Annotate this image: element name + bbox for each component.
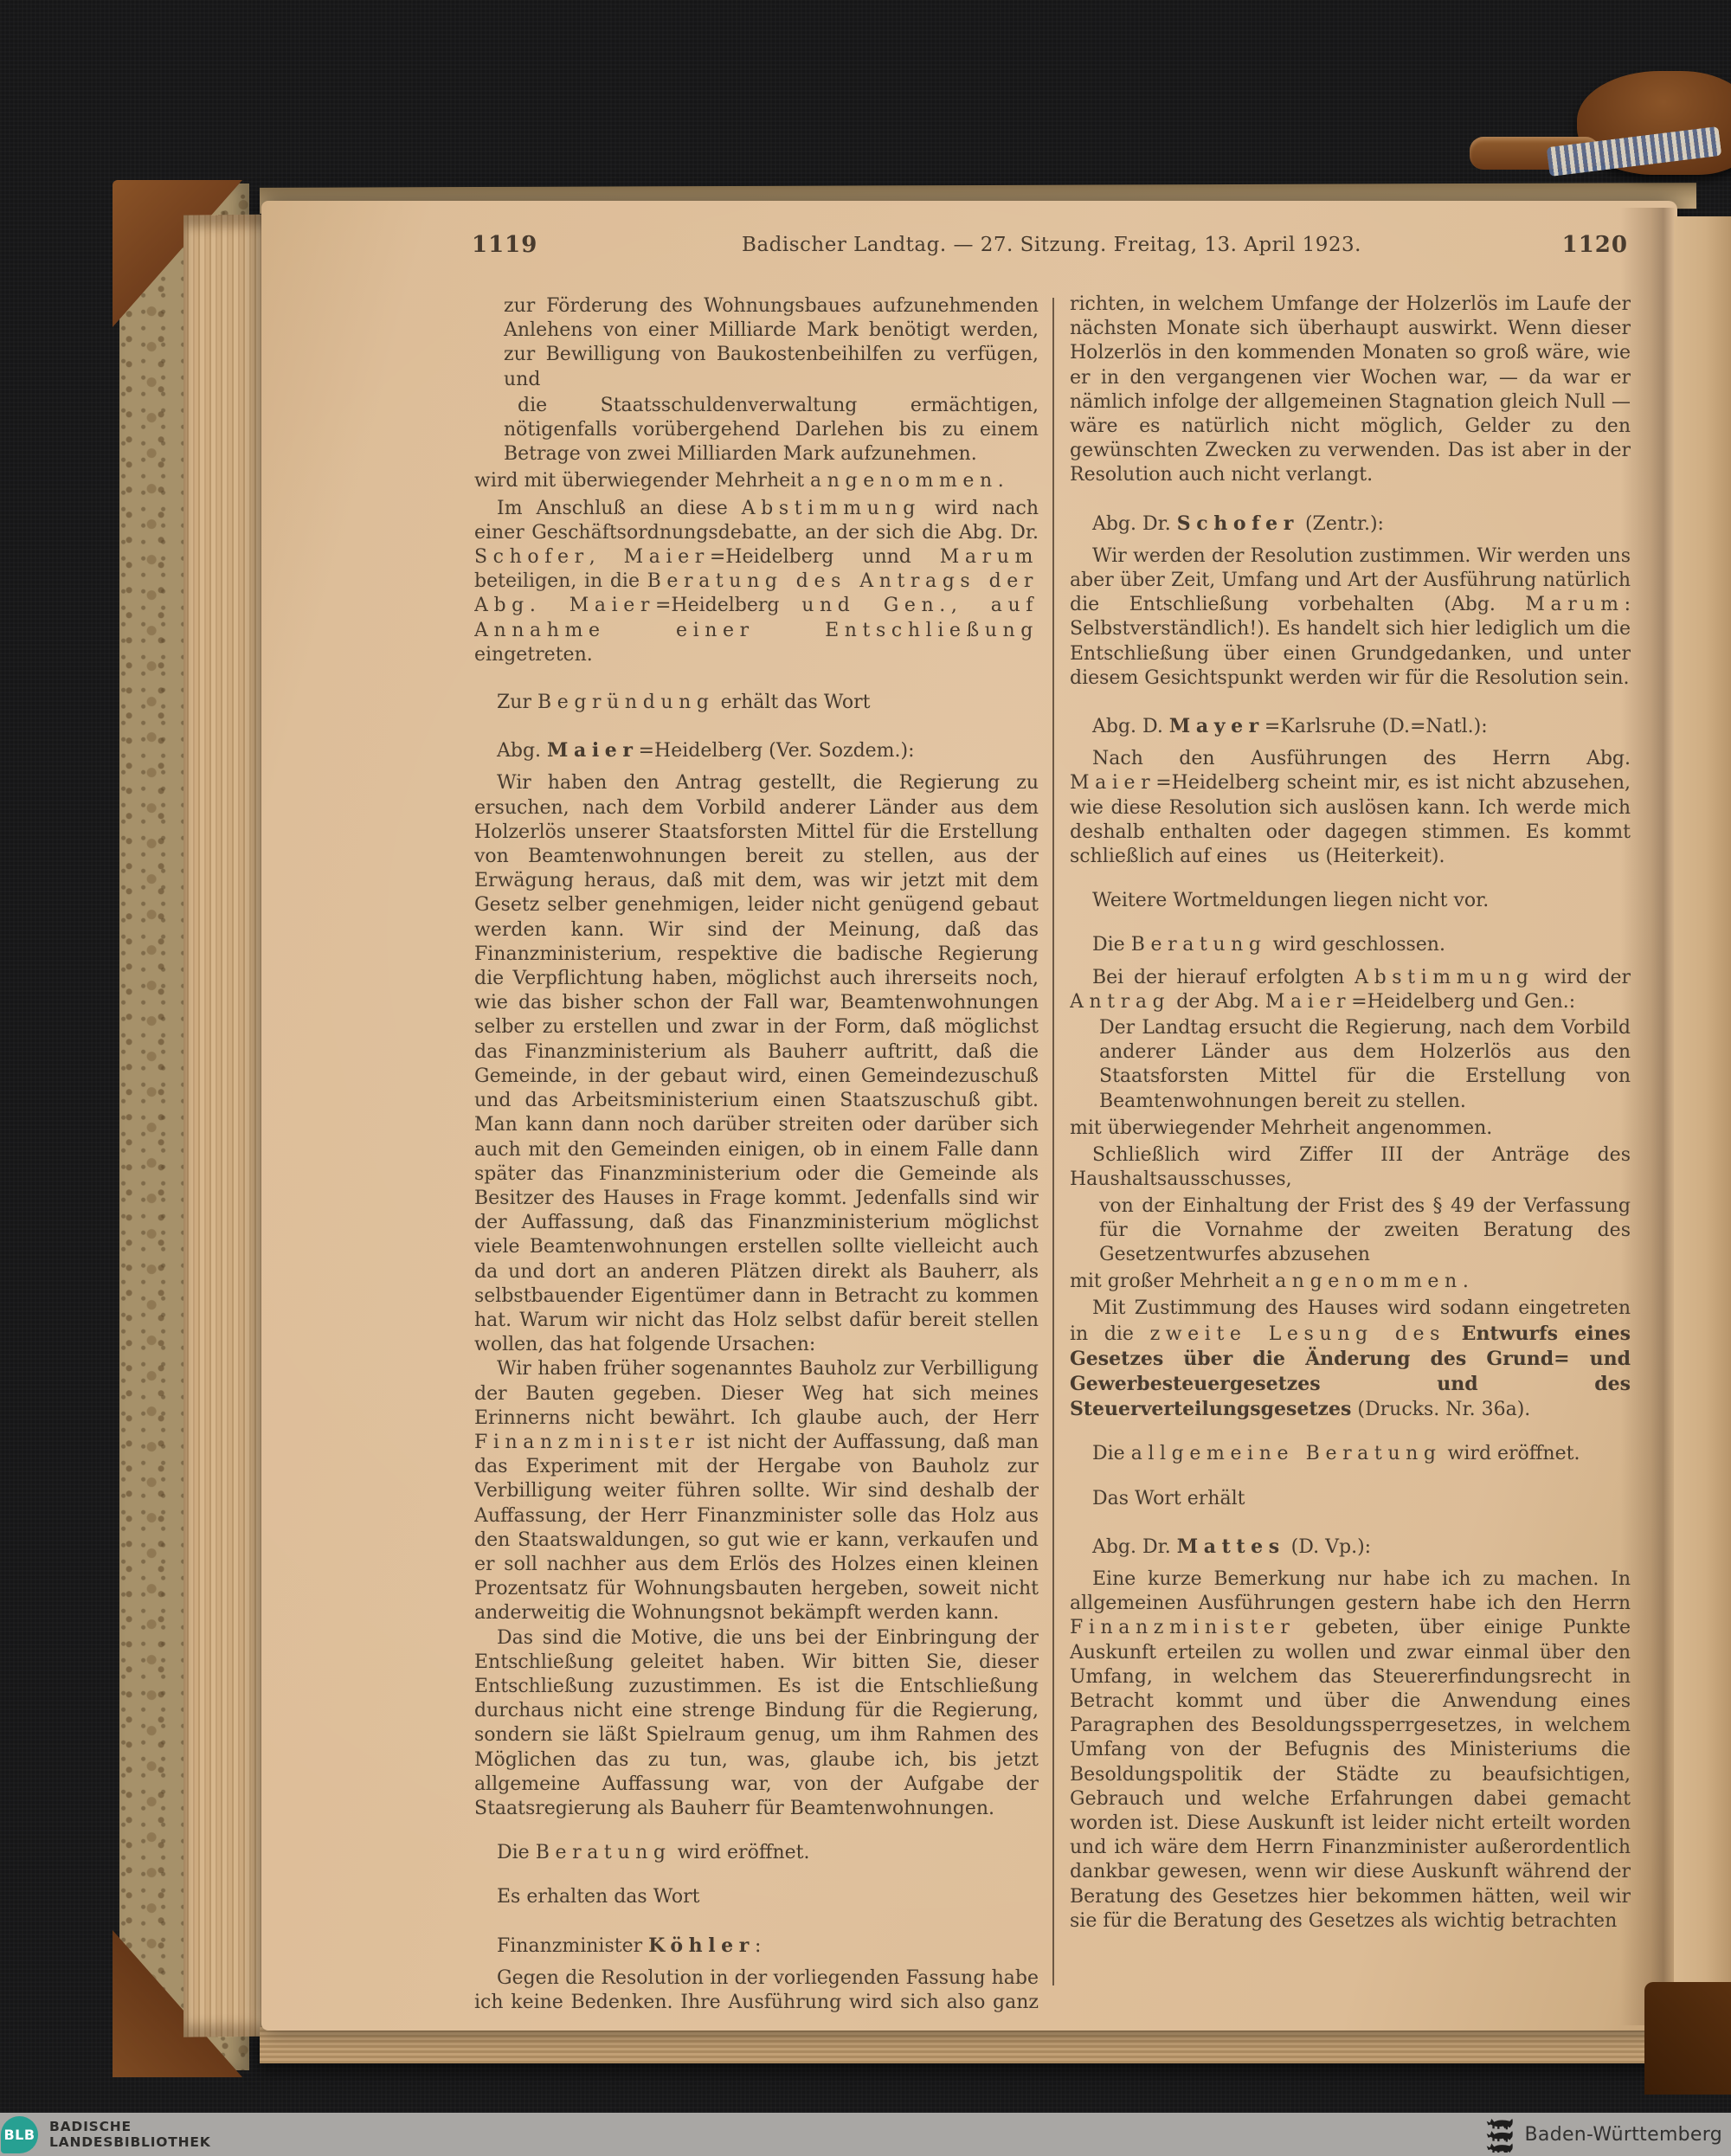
left-column: zur Förderung des Wohnungsbaues aufzuneh…	[474, 293, 1039, 2017]
state-logo[interactable]: Baden-Württemberg	[1483, 2116, 1722, 2153]
text-paragraph: wird mit überwiegender Mehrheit angenomm…	[474, 469, 1039, 493]
text-paragraph: Die allgemeine Beratung wird eröffnet.	[1070, 1442, 1631, 1466]
leather-corner-bottom-right	[1644, 1982, 1731, 2095]
text-paragraph: richten, in welchem Umfange der Holzerlö…	[1070, 293, 1631, 488]
text-paragraph: Es erhalten das Wort	[474, 1885, 1039, 1909]
text-paragraph: Eine kurze Bemerkung nur habe ich zu mac…	[1070, 1567, 1631, 1934]
text-paragraph: Weitere Wortmeldungen liegen nicht vor.	[1070, 889, 1631, 913]
page-number-right: 1120	[1562, 232, 1628, 258]
text-paragraph: die Staatsschuldenverwaltung ermächtigen…	[474, 394, 1039, 467]
text-paragraph: von der Einhaltung der Frist des § 49 de…	[1070, 1194, 1631, 1268]
text-paragraph: Schließlich wird Ziffer III der Anträge …	[1070, 1143, 1631, 1192]
coat-of-arms-icon	[1483, 2116, 1515, 2153]
text-paragraph: Wir haben früher sogenanntes Bauholz zur…	[474, 1357, 1039, 1625]
text-paragraph: Mit Zustimmung des Hauses wird sodann ei…	[1070, 1297, 1631, 1422]
text-paragraph: Nach den Ausführungen des Herrn Abg. Mai…	[1070, 747, 1631, 869]
text-paragraph: zur Förderung des Wohnungsbaues aufzuneh…	[474, 294, 1039, 392]
library-name: BADISCHE LANDESBIBLIOTHEK	[49, 2119, 211, 2150]
text-paragraph: Wir werden der Resolution zustimmen. Wir…	[1070, 544, 1631, 691]
text-paragraph: Im Anschluß an diese Abstimmung wird nac…	[474, 497, 1039, 667]
page-header: 1119 Badischer Landtag. — 27. Sitzung. F…	[472, 232, 1631, 267]
text-paragraph: Abg. Dr. Mattes (D. Vp.):	[1070, 1535, 1631, 1560]
text-paragraph: Die Beratung wird geschlossen.	[1070, 933, 1631, 957]
text-paragraph: Zur Begründung erhält das Wort	[474, 691, 1039, 715]
column-divider	[1052, 298, 1054, 1985]
text-paragraph: mit überwiegender Mehrheit angenommen.	[1070, 1117, 1631, 1141]
text-paragraph: Abg. Dr. Schofer (Zentr.):	[1070, 512, 1631, 537]
text-paragraph: Bei der hierauf erfolgten Abstimmung wir…	[1070, 966, 1631, 1014]
text-paragraph: Der Landtag ersucht die Regierung, nach …	[1070, 1016, 1631, 1114]
text-paragraph: mit großer Mehrheit angenommen.	[1070, 1270, 1631, 1294]
blb-logo-icon: BLB	[1, 2116, 38, 2153]
blb-logo[interactable]: BLB BADISCHE LANDESBIBLIOTHEK	[0, 2113, 211, 2156]
text-paragraph: Abg. Maier=Heidelberg (Ver. Sozdem.):	[474, 738, 1039, 763]
footer-bar: BLB BADISCHE LANDESBIBLIOTHEK Baden-Würt…	[0, 2113, 1731, 2156]
page-bottom-edge	[260, 2027, 1679, 2063]
library-name-line2: LANDESBIBLIOTHEK	[49, 2134, 211, 2150]
text-paragraph: Finanzminister Köhler:	[474, 1934, 1039, 1959]
text-paragraph: Das sind die Motive, die uns bei der Ein…	[474, 1626, 1039, 1822]
right-page-edge	[1674, 216, 1731, 2030]
running-title: Badischer Landtag. — 27. Sitzung. Freita…	[472, 234, 1631, 256]
text-paragraph: Abg. D. Mayer=Karlsruhe (D.=Natl.):	[1070, 714, 1631, 739]
text-paragraph: Die Beratung wird eröffnet.	[474, 1841, 1039, 1865]
text-paragraph: Das Wort erhält	[1070, 1487, 1631, 1511]
state-name: Baden-Württemberg	[1525, 2124, 1722, 2146]
text-paragraph: Wir haben den Antrag gestellt, die Regie…	[474, 771, 1039, 1357]
library-name-line1: BADISCHE	[49, 2119, 211, 2134]
text-paragraph: Gegen die Resolution in der vorliegenden…	[474, 1966, 1039, 2017]
right-column: richten, in welchem Umfange der Holzerlö…	[1070, 293, 1631, 2017]
